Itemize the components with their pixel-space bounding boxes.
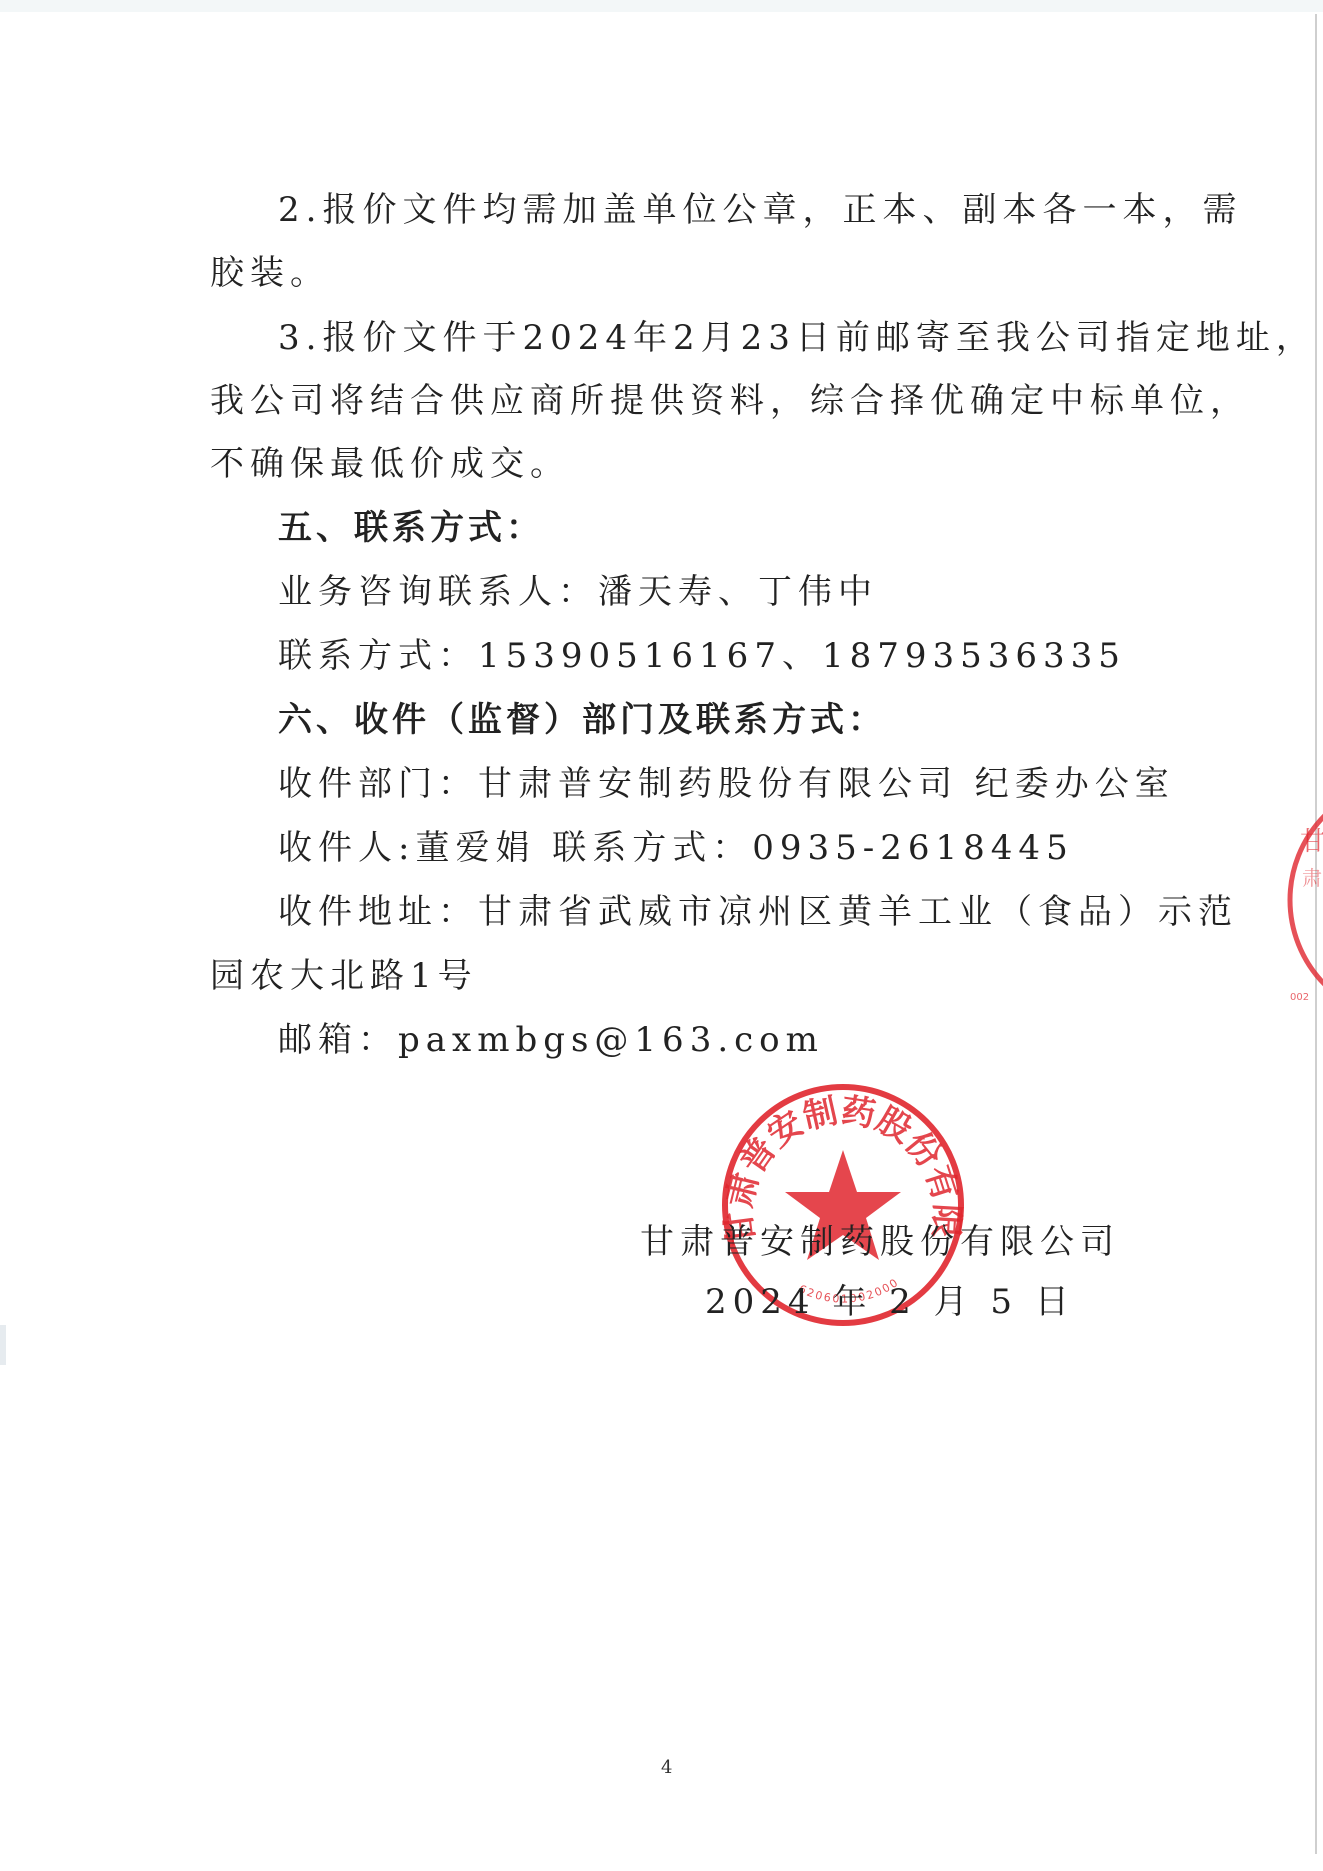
contact-phones: 联系方式：15390516167、18793536335 bbox=[278, 636, 1126, 676]
paragraph-3-line-1: 3.报价文件于2024年2月23日前邮寄至我公司指定地址， bbox=[278, 318, 1316, 358]
address-line-1: 收件地址：甘肃省武威市凉州区黄羊工业（食品）示范 bbox=[278, 892, 1238, 932]
svg-text:甘: 甘 bbox=[1300, 827, 1323, 857]
signature-date: 2024 年 2 月 5 日 bbox=[705, 1282, 1075, 1322]
svg-text:肃: 肃 bbox=[1302, 866, 1322, 890]
partial-seal-icon: 甘 肃 002 bbox=[1280, 770, 1323, 1030]
consult-contacts: 业务咨询联系人：潘天寿、丁伟中 bbox=[278, 572, 878, 612]
svg-text:002: 002 bbox=[1290, 992, 1309, 1003]
paragraph-2-line-1: 2.报价文件均需加盖单位公章，正本、副本各一本，需 bbox=[278, 190, 1242, 230]
receiving-department: 收件部门：甘肃普安制药股份有限公司 纪委办公室 bbox=[278, 764, 1175, 804]
paragraph-3-line-2: 我公司将结合供应商所提供资料，综合择优确定中标单位， bbox=[210, 381, 1250, 421]
email-line: 邮箱：paxmbgs@163.com bbox=[278, 1020, 824, 1060]
page-number: 4 bbox=[661, 1757, 672, 1778]
address-line-2: 园农大北路1号 bbox=[210, 956, 478, 996]
signature-company: 甘肃普安制药股份有限公司 bbox=[640, 1222, 1120, 1262]
document-page: 2.报价文件均需加盖单位公章，正本、副本各一本，需 胶装。 3.报价文件于202… bbox=[0, 0, 1323, 1871]
section-6-heading: 六、收件（监督）部门及联系方式： bbox=[278, 700, 886, 740]
paragraph-3-line-3: 不确保最低价成交。 bbox=[210, 444, 570, 484]
recipient-info: 收件人:董爱娟 联系方式：0935-2618445 bbox=[278, 828, 1074, 868]
paragraph-2-line-2: 胶装。 bbox=[210, 253, 330, 293]
section-5-heading: 五、联系方式： bbox=[278, 508, 544, 548]
